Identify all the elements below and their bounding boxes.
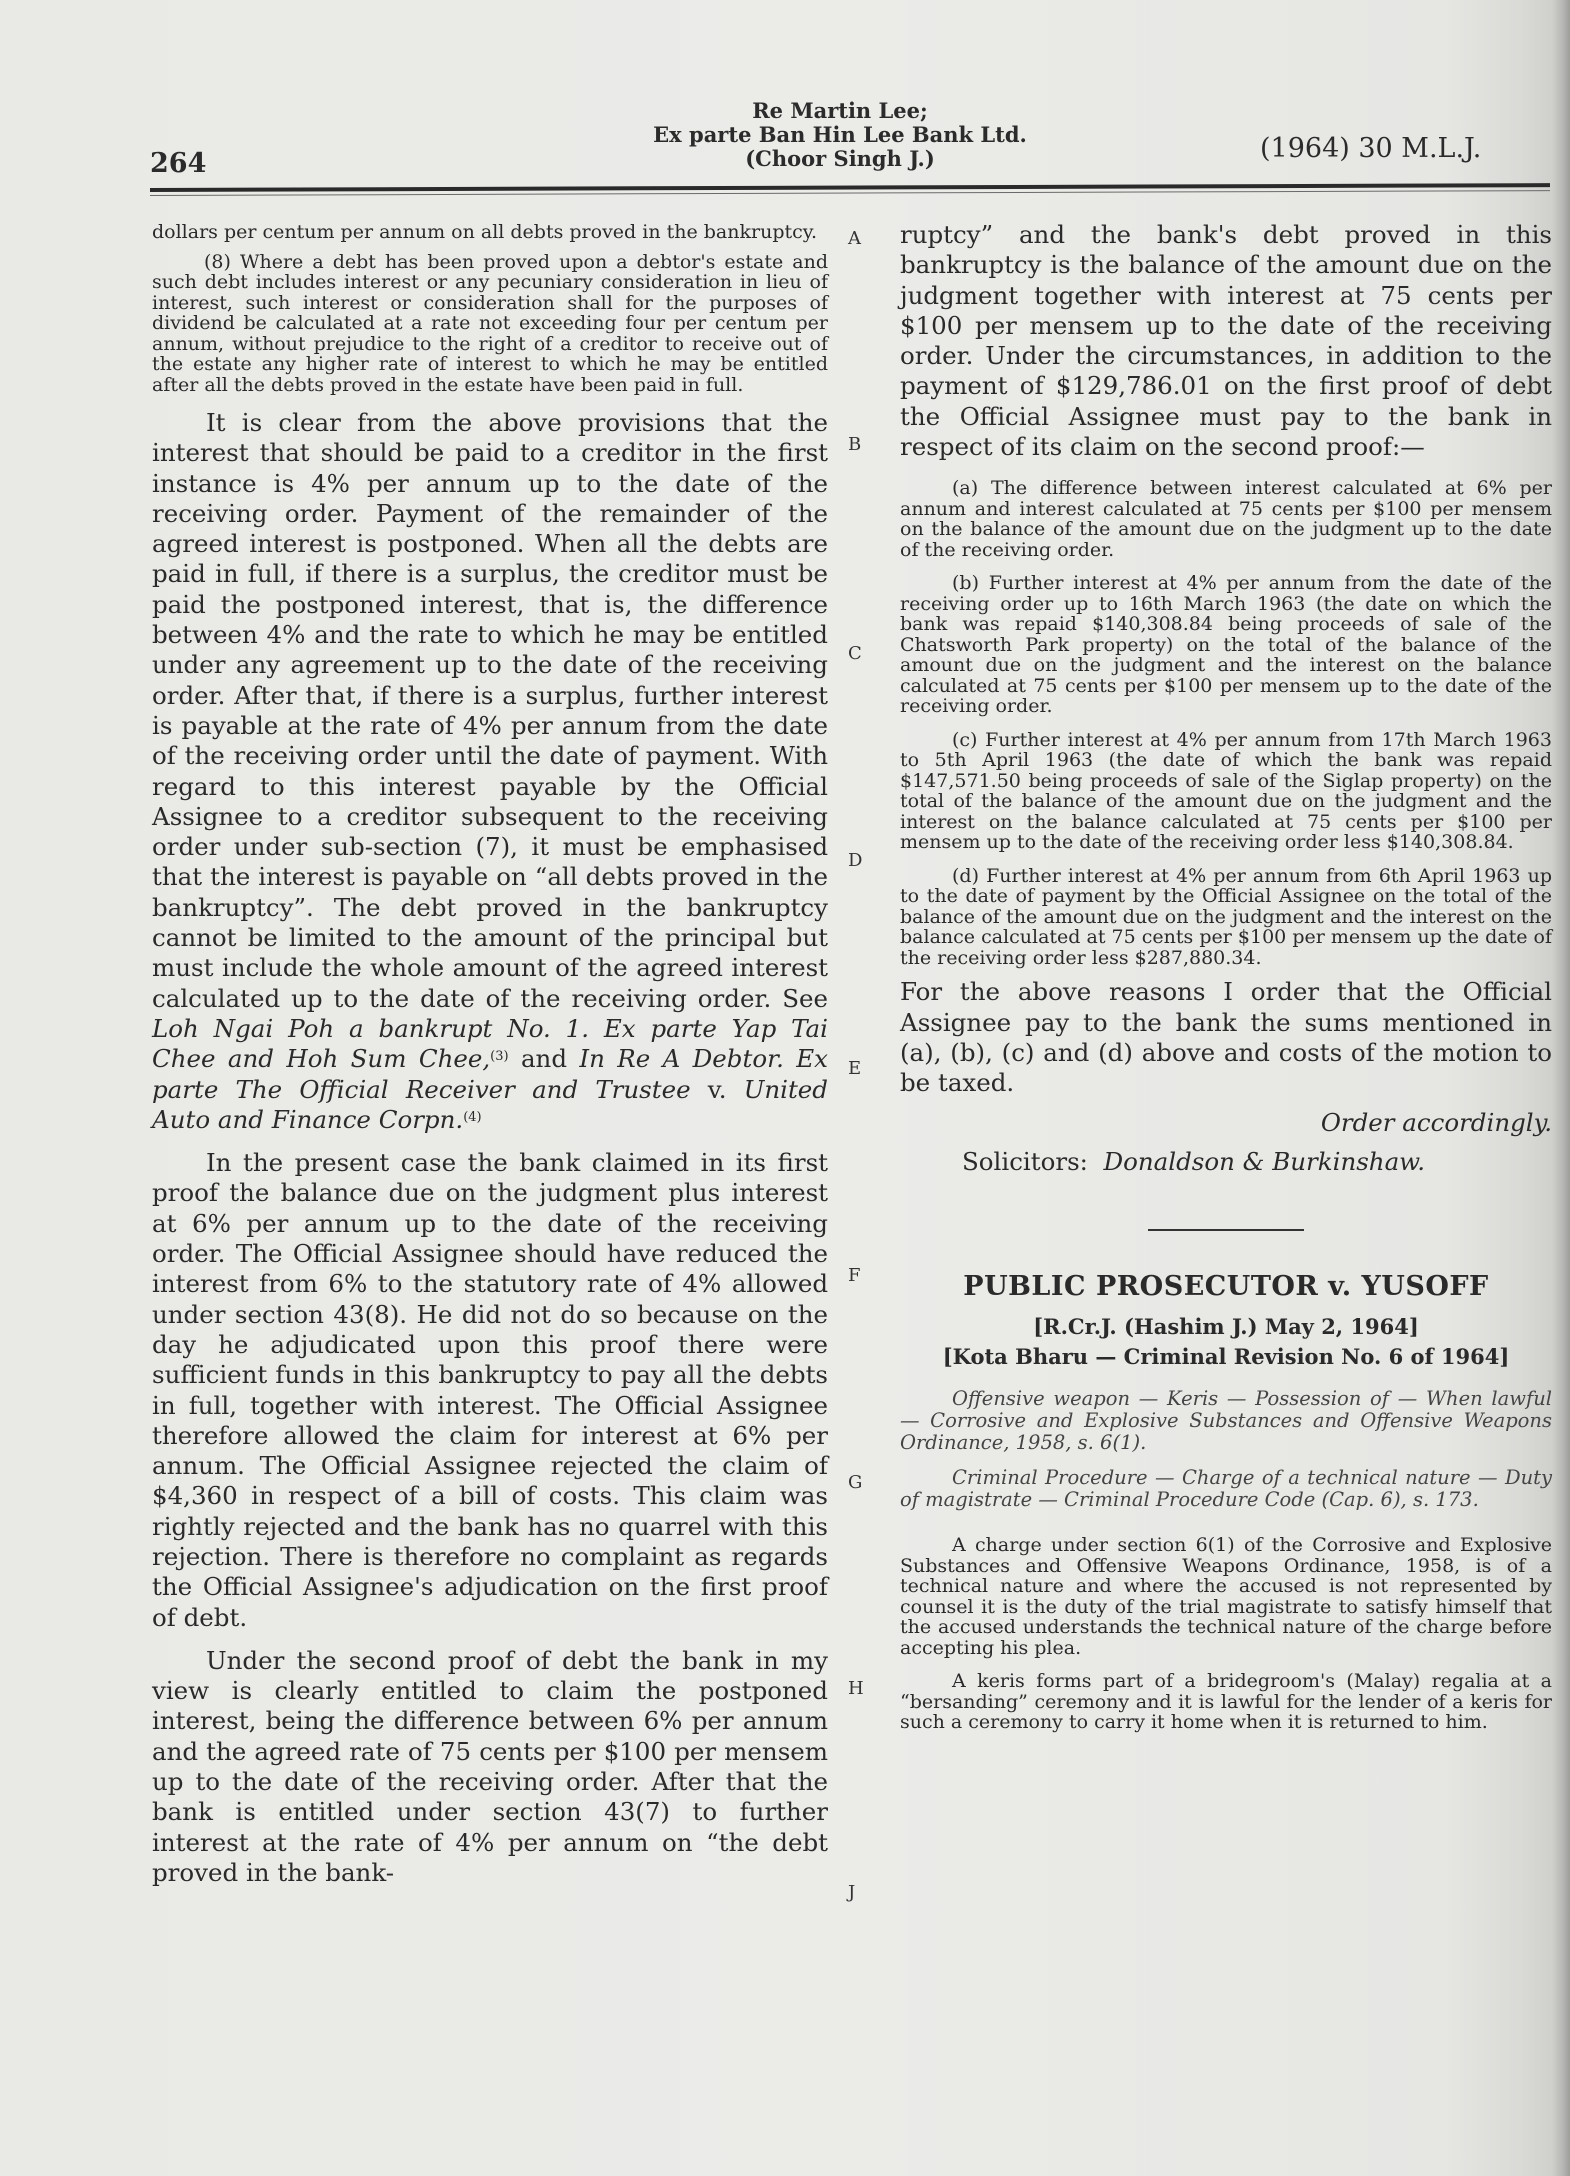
report-citation: (1964) 30 M.L.J.: [1260, 133, 1481, 164]
footnote-ref: (4): [463, 1110, 481, 1125]
margin-letter: E: [848, 1058, 861, 1079]
margin-letter: B: [848, 434, 861, 455]
headnote: A keris forms part of a bridegroom's (Ma…: [900, 1671, 1552, 1733]
catchwords: Criminal Procedure — Charge of a technic…: [900, 1467, 1552, 1511]
margin-letter: D: [848, 850, 862, 871]
versus: v.: [691, 1075, 744, 1104]
right-column: ruptcy” and the bank's debt proved in th…: [900, 220, 1552, 1733]
margin-letter: C: [848, 643, 862, 664]
solicitors-label: Solicitors:: [962, 1147, 1088, 1176]
next-case-revision: [Kota Bharu — Criminal Revision No. 6 of…: [900, 1342, 1552, 1372]
scanned-page: 264 Re Martin Lee; Ex parte Ban Hin Lee …: [0, 0, 1570, 2176]
running-title: Re Martin Lee; Ex parte Ban Hin Lee Bank…: [560, 99, 1120, 171]
solicitors-name: Donaldson & Burkinshaw.: [1103, 1147, 1425, 1176]
statute-text-continued: dollars per centum per annum on all debt…: [152, 222, 828, 243]
judgment-paragraph: It is clear from the above provisions th…: [152, 408, 828, 1135]
judgment-paragraph: In the present case the bank claimed in …: [152, 1148, 828, 1633]
headnote: A charge under section 6(1) of the Corro…: [900, 1535, 1552, 1658]
next-case-court: [R.Cr.J. (Hashim J.) May 2, 1964]: [900, 1312, 1552, 1342]
left-column: dollars per centum per annum on all debt…: [152, 222, 828, 1888]
running-title-line: Ex parte Ban Hin Lee Bank Ltd.: [560, 123, 1120, 147]
binding-shadow: [1552, 0, 1570, 2176]
order-item-a: (a) The difference between interest calc…: [900, 478, 1552, 560]
order-item-c: (c) Further interest at 4% per annum fro…: [900, 730, 1552, 853]
judgment-paragraph: ruptcy” and the bank's debt proved in th…: [900, 220, 1552, 462]
margin-letter: F: [848, 1265, 861, 1286]
running-title-line: Re Martin Lee;: [560, 99, 1120, 123]
running-title-line: (Choor Singh J.): [560, 147, 1120, 171]
margin-letter: H: [848, 1678, 864, 1699]
footnote-ref: (3): [490, 1049, 508, 1064]
case-divider: [1148, 1229, 1304, 1231]
order-result: Order accordingly.: [900, 1108, 1552, 1138]
judgment-paragraph: Under the second proof of debt the bank …: [152, 1646, 828, 1888]
margin-letter: A: [848, 228, 861, 249]
order-item-b: (b) Further interest at 4% per annum fro…: [900, 573, 1552, 717]
order-paragraph: For the above reasons I order that the O…: [900, 977, 1552, 1098]
order-result-text: Order accordingly.: [1321, 1108, 1552, 1137]
statute-subsection-8: (8) Where a debt has been proved upon a …: [152, 252, 828, 396]
catchwords: Offensive weapon — Keris — Possession of…: [900, 1388, 1552, 1454]
margin-letter: J: [848, 1882, 855, 1903]
paragraph-text: It is clear from the above provisions th…: [152, 408, 828, 1013]
next-case-title: PUBLIC PROSECUTOR v. YUSOFF: [900, 1271, 1552, 1302]
solicitors-line: Solicitors: Donaldson & Burkinshaw.: [900, 1147, 1552, 1177]
margin-letter: G: [848, 1472, 862, 1493]
page-number: 264: [150, 148, 206, 179]
see-text: See: [782, 984, 828, 1013]
order-item-d: (d) Further interest at 4% per annum fro…: [900, 866, 1552, 969]
conjunction: and: [509, 1044, 580, 1073]
